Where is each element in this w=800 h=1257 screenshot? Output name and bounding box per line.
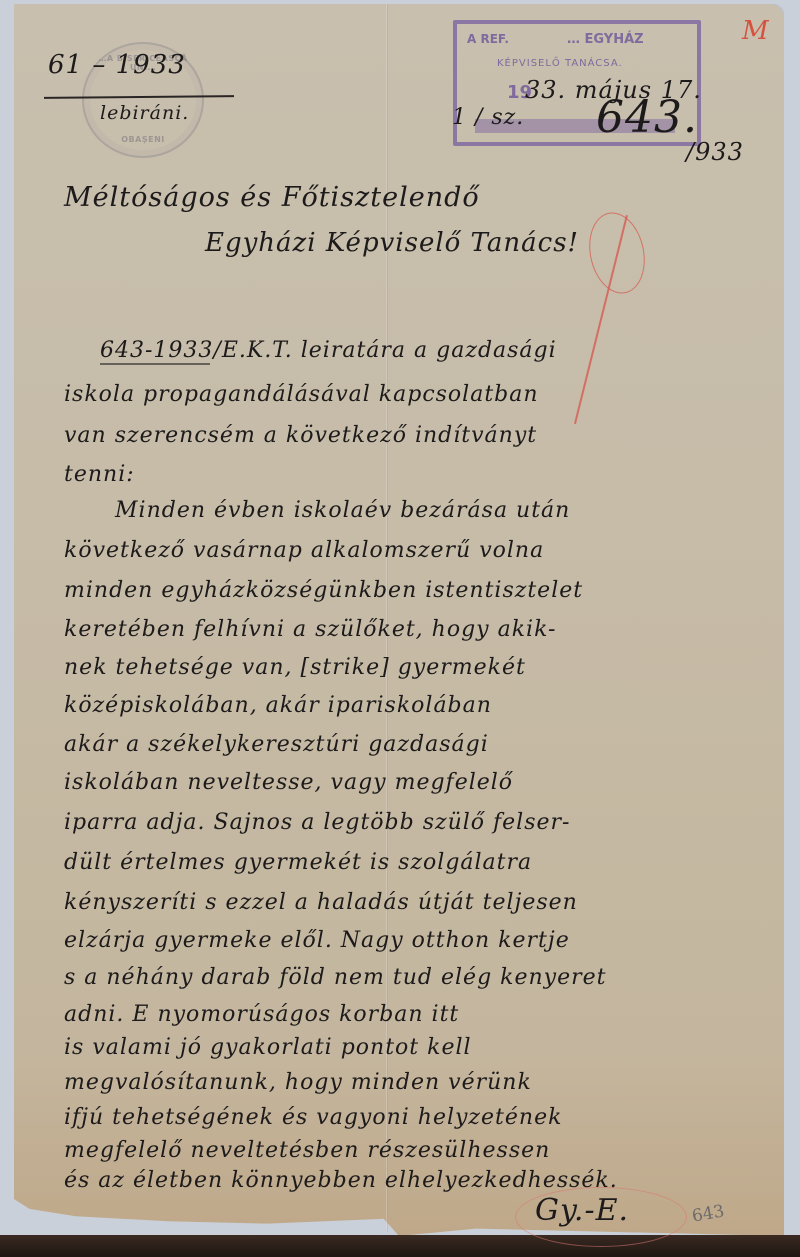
body-line: is valami jó gyakorlati pontot kell <box>64 1035 472 1060</box>
body-line: akár a székelykeresztúri gazdasági <box>64 732 489 757</box>
salutation-line-2: Egyházi Képviselő Tanács! <box>205 228 579 258</box>
body-line: dült értelmes gyermekét is szolgálatra <box>64 850 532 875</box>
stamp-line1-right: … EGYHÁZ <box>567 32 644 47</box>
body-line: tenni: <box>64 462 135 487</box>
body-line: iskola propagandálásával kapcsolatban <box>64 382 539 407</box>
stamp-line2: KÉPVISELŐ TANÁCSA. <box>497 58 623 69</box>
reference-underline-body <box>100 363 210 365</box>
body-line: elzárja gyermeke elől. Nagy otthon kertj… <box>64 928 570 953</box>
reference-number-top-left: 61 – 1933 <box>48 50 186 80</box>
body-line: iskolában neveltesse, vagy megfelelő <box>64 770 513 795</box>
reference-note: lebiráni. <box>100 102 189 124</box>
body-line: iparra adja. Sajnos a legtöbb szülő fels… <box>64 810 570 835</box>
salutation-line-1: Méltóságos és Főtisztelendő <box>64 182 480 213</box>
body-line: minden egyházközségünkben istentisztelet <box>64 578 583 603</box>
body-line: kényszeríti s ezzel a haladás útját telj… <box>64 890 578 915</box>
body-line: ifjú tehetségének és vagyoni helyzetének <box>64 1105 562 1130</box>
round-stamp-bottom-text: OBAȘENI <box>84 135 202 144</box>
body-line: megvalósítanunk, hogy minden vérünk <box>64 1070 532 1095</box>
body-line: keretében felhívni a szülőket, hogy akik… <box>64 617 556 642</box>
body-line: nek tehetsége van, [strike] gyermekét <box>64 655 526 680</box>
body-line: és az életben könnyebben elhelyezkedhess… <box>64 1168 618 1193</box>
scan-backdrop <box>0 1235 800 1257</box>
body-line: 643-1933/E.K.T. leiratára a gazdasági <box>100 338 557 363</box>
body-line: Minden évben iskolaév bezárása után <box>115 498 570 523</box>
stamp-line1-left: A REF. <box>467 32 509 46</box>
body-line: s a néhány darab föld nem tud elég kenye… <box>64 965 607 990</box>
red-corner-mark: M <box>742 16 769 46</box>
signature: Gy.-E. <box>535 1193 629 1228</box>
registry-number-label: 1 / sz. <box>452 105 524 130</box>
body-line: következő vasárnap alkalomszerű volna <box>64 538 544 563</box>
registry-number: 643. <box>596 92 698 143</box>
registry-number-suffix: /933 <box>686 138 744 166</box>
body-line: van szerencsém a következő indítványt <box>64 423 537 448</box>
body-line: megfelelő neveltetésben részesülhessen <box>64 1138 550 1163</box>
body-line: adni. E nyomorúságos korban itt <box>64 1002 459 1027</box>
body-line: középiskolában, akár ipariskolában <box>64 693 492 718</box>
